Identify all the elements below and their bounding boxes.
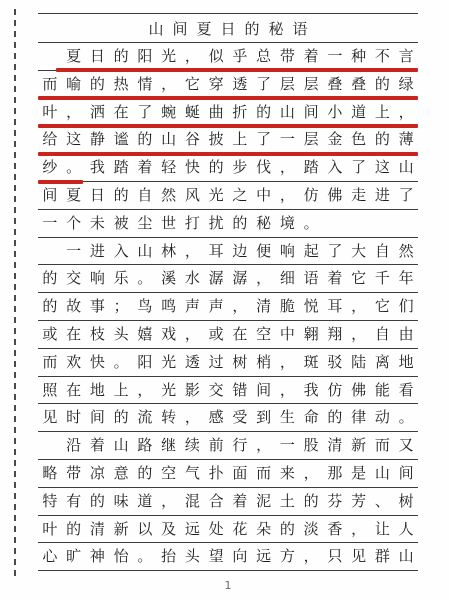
essay-line-1: 夏日的阳光，似乎总带着一种不言 [38, 43, 418, 71]
char-cell: 入 [323, 154, 347, 181]
char-cell: 过 [204, 349, 228, 376]
char-cell: 中 [252, 182, 276, 209]
char-cell: ， [276, 182, 300, 209]
char-cell: 层 [276, 71, 300, 98]
char-cell: ， [157, 71, 181, 98]
char-cell: 嬉 [133, 321, 157, 348]
char-cell: 之 [228, 182, 252, 209]
char-cell: ， [252, 432, 276, 459]
char-cell: 而 [371, 432, 395, 459]
char-cell: 带 [62, 460, 86, 487]
char-cell: 上 [109, 377, 133, 404]
char-cell: 踏 [109, 154, 133, 181]
char-cell: 被 [109, 210, 133, 237]
char-cell: 泥 [252, 488, 276, 515]
char-cell: 小 [323, 99, 347, 126]
char-cell: 间 [299, 99, 323, 126]
char-cell: 新 [109, 516, 133, 543]
char-cell: 上 [371, 99, 395, 126]
char-cell: 群 [371, 543, 395, 570]
char-cell: 的 [133, 126, 157, 153]
char-cell: 山 [157, 126, 181, 153]
char-cell: 绿 [394, 71, 418, 98]
char-cell: 向 [228, 543, 252, 570]
char-cell: 色 [347, 126, 371, 153]
char-cell: 空 [252, 321, 276, 348]
binding-margin-dashed-line [14, 9, 16, 577]
char-cell: 的 [371, 71, 395, 98]
char-cell: ， [181, 404, 205, 431]
char-cell: 的 [109, 182, 133, 209]
char-cell: 时 [62, 404, 86, 431]
char-cell: 尘 [133, 210, 157, 237]
char-cell: 乎 [228, 43, 252, 70]
char-cell: 日 [86, 43, 110, 70]
char-cell: 一 [276, 432, 300, 459]
char-cell: 间 [86, 404, 110, 431]
char-cell: 意 [109, 460, 133, 487]
char-cell: 或 [38, 321, 62, 348]
char-cell: ， [347, 321, 371, 348]
char-cell: 间 [394, 460, 418, 487]
char-cell: 光 [157, 349, 181, 376]
char-cell: 乐 [109, 265, 133, 292]
char-cell: 世 [157, 210, 181, 237]
char-cell: 轻 [157, 154, 181, 181]
char-cell: 着 [299, 43, 323, 70]
char-cell: ， [299, 543, 323, 570]
char-cell [371, 210, 395, 237]
char-cell: 神 [86, 543, 110, 570]
char-cell: 一 [38, 210, 62, 237]
char-cell: 而 [252, 460, 276, 487]
red-underline [38, 124, 418, 128]
essay-line-14: 见时间的流转，感受到生命的律动。 [38, 404, 418, 432]
char-cell: 头 [181, 543, 205, 570]
char-cell: 金 [323, 126, 347, 153]
char-cell: 光 [204, 182, 228, 209]
char-cell: 在 [109, 99, 133, 126]
char-cell: 方 [276, 543, 300, 570]
char-cell: 叶 [38, 99, 62, 126]
char-cell [394, 210, 418, 237]
char-cell: 照 [38, 377, 62, 404]
char-cell: 层 [299, 126, 323, 153]
char-cell: 响 [86, 265, 110, 292]
char-cell: 山 [109, 432, 133, 459]
char-cell: 了 [252, 71, 276, 98]
essay-line-4: 给这静谧的山谷披上了一层金色的薄 [38, 126, 418, 154]
char-cell: 、 [371, 488, 395, 515]
char-cell: ， [299, 460, 323, 487]
char-cell: ， [276, 377, 300, 404]
char-cell: 我 [299, 377, 323, 404]
char-cell: 又 [394, 432, 418, 459]
char-cell: 踏 [299, 154, 323, 181]
char-cell: 清 [252, 293, 276, 320]
char-cell: 风 [181, 182, 205, 209]
char-cell: 的 [252, 99, 276, 126]
char-cell: 了 [323, 238, 347, 265]
char-cell: 着 [86, 432, 110, 459]
char-cell: 似 [204, 43, 228, 70]
char-cell: 。 [394, 404, 418, 431]
char-cell: ， [276, 154, 300, 181]
char-cell: 叠 [323, 71, 347, 98]
char-cell: 动 [371, 404, 395, 431]
char-cell: 。 [109, 349, 133, 376]
red-underline [38, 96, 418, 100]
char-cell: 耳 [323, 293, 347, 320]
essay-line-13: 照在地上，光影交错间，我仿佛能看 [38, 377, 418, 405]
char-cell: 声 [204, 293, 228, 320]
essay-title: 山间夏日的秘语 [139, 18, 316, 39]
char-cell: 旷 [62, 543, 86, 570]
char-cell: 间 [38, 182, 62, 209]
char-cell: 了 [133, 99, 157, 126]
char-cell: 来 [276, 460, 300, 487]
char-cell: 戏 [157, 321, 181, 348]
char-cell: 看 [394, 377, 418, 404]
char-cell: 在 [62, 321, 86, 348]
char-cell: 清 [323, 432, 347, 459]
char-cell: 年 [394, 265, 418, 292]
char-cell: 道 [347, 99, 371, 126]
char-cell: 那 [323, 460, 347, 487]
char-cell: 山 [394, 154, 418, 181]
char-cell: 中 [276, 321, 300, 348]
char-cell: 然 [394, 238, 418, 265]
char-cell: 林 [157, 238, 181, 265]
char-cell: 能 [371, 377, 395, 404]
char-cell: 以 [133, 516, 157, 543]
char-cell: 见 [347, 543, 371, 570]
essay-line-16: 略带凉意的空气扑面而来，那是山间 [38, 460, 418, 488]
char-cell: 到 [252, 404, 276, 431]
char-cell: 只 [323, 543, 347, 570]
char-cell: 花 [228, 516, 252, 543]
char-cell: 气 [181, 460, 205, 487]
char-cell: 芬 [323, 488, 347, 515]
char-cell: 山 [276, 99, 300, 126]
char-cell: 走 [347, 182, 371, 209]
char-cell: 淡 [299, 516, 323, 543]
char-cell: 流 [133, 404, 157, 431]
char-cell: 日 [86, 182, 110, 209]
char-cell: 夏 [62, 43, 86, 70]
char-cell: 扰 [204, 210, 228, 237]
char-cell: 沿 [62, 432, 86, 459]
char-cell: 总 [252, 43, 276, 70]
char-cell: 而 [38, 71, 62, 98]
char-cell: 自 [371, 321, 395, 348]
char-cell: 光 [157, 43, 181, 70]
char-cell: ， [62, 99, 86, 126]
char-cell: 着 [228, 488, 252, 515]
char-cell: 未 [86, 210, 110, 237]
char-cell: 离 [371, 349, 395, 376]
char-cell: 的 [276, 516, 300, 543]
char-cell: 的 [86, 488, 110, 515]
char-cell: 在 [62, 377, 86, 404]
char-cell: 光 [157, 377, 181, 404]
essay-line-12: 而欢快。阳光透过树梢，斑驳陆离地 [38, 349, 418, 377]
char-cell: 山 [371, 460, 395, 487]
char-cell: 细 [276, 265, 300, 292]
char-cell: 交 [204, 377, 228, 404]
char-cell: 续 [181, 432, 205, 459]
char-cell: 的 [109, 43, 133, 70]
essay-grid: 山间夏日的秘语 夏日的阳光，似乎总带着一种不言而喻的热情，它穿透了层层叠叠的绿叶… [38, 13, 418, 571]
red-underline [56, 68, 418, 72]
char-cell: 。 [62, 154, 86, 181]
char-cell: 快 [181, 154, 205, 181]
char-cell: 略 [38, 460, 62, 487]
char-cell: 的 [109, 404, 133, 431]
essay-line-6: 间夏日的自然风光之中，仿佛走进了 [38, 182, 418, 210]
char-cell: 驳 [323, 349, 347, 376]
char-cell: 热 [109, 71, 133, 98]
char-cell: 它 [347, 265, 371, 292]
red-underline [38, 180, 83, 184]
char-cell: 行 [228, 432, 252, 459]
essay-line-3: 叶，洒在了蜿蜒曲折的山间小道上， [38, 99, 418, 127]
char-cell: 空 [157, 460, 181, 487]
char-cell: 薄 [394, 126, 418, 153]
char-cell: 抬 [157, 543, 181, 570]
char-cell: 纱 [38, 154, 62, 181]
char-cell: ， [252, 265, 276, 292]
char-cell: 远 [252, 543, 276, 570]
composition-sheet: 山间夏日的秘语 夏日的阳光，似乎总带着一种不言而喻的热情，它穿透了层层叠叠的绿叶… [0, 0, 449, 600]
char-cell: 一 [276, 126, 300, 153]
char-cell: 了 [347, 154, 371, 181]
char-cell: 人 [394, 516, 418, 543]
char-cell: 脆 [276, 293, 300, 320]
char-cell: 声 [181, 293, 205, 320]
char-cell: 土 [276, 488, 300, 515]
char-cell: 而 [38, 349, 62, 376]
essay-line-18: 叶的清新以及远处花朵的淡香，让人 [38, 516, 418, 544]
char-cell: 影 [181, 377, 205, 404]
char-cell: 悦 [299, 293, 323, 320]
char-cell: 个 [62, 210, 86, 237]
char-cell: 或 [204, 321, 228, 348]
char-cell: 山 [133, 238, 157, 265]
char-cell: ， [347, 293, 371, 320]
char-cell: 股 [299, 432, 323, 459]
char-cell [347, 210, 371, 237]
char-cell: 静 [86, 126, 110, 153]
char-cell: 混 [181, 488, 205, 515]
char-cell: 凉 [86, 460, 110, 487]
char-cell: 自 [371, 238, 395, 265]
char-cell: 谧 [109, 126, 133, 153]
char-cell: 。 [133, 543, 157, 570]
char-cell: 了 [252, 126, 276, 153]
red-underline [38, 152, 418, 156]
char-cell: 间 [252, 377, 276, 404]
char-cell: 的 [204, 154, 228, 181]
char-cell: 转 [157, 404, 181, 431]
char-cell: 着 [133, 154, 157, 181]
char-cell: 阳 [133, 43, 157, 70]
char-cell: 怡 [109, 543, 133, 570]
char-cell: 面 [228, 460, 252, 487]
char-cell: 的 [38, 293, 62, 320]
char-cell: 的 [62, 516, 86, 543]
char-cell: 在 [228, 321, 252, 348]
char-cell: ， [228, 293, 252, 320]
essay-line-19: 心旷神怡。抬头望向远方，只见群山 [38, 543, 418, 571]
char-cell: 扑 [204, 460, 228, 487]
char-cell: 见 [38, 404, 62, 431]
char-cell: 陆 [347, 349, 371, 376]
char-cell: 穿 [204, 71, 228, 98]
char-cell: 它 [181, 71, 205, 98]
char-cell [38, 432, 62, 459]
char-cell: 让 [371, 516, 395, 543]
char-cell: 洒 [86, 99, 110, 126]
char-cell: 打 [181, 210, 205, 237]
char-cell: 一 [62, 238, 86, 265]
char-cell: ， [157, 488, 181, 515]
char-cell: 命 [299, 404, 323, 431]
essay-line-2: 而喻的热情，它穿透了层层叠叠的绿 [38, 71, 418, 99]
char-cell: 千 [371, 265, 395, 292]
char-cell: ， [181, 321, 205, 348]
char-cell: 前 [204, 432, 228, 459]
char-cell: 我 [86, 154, 110, 181]
char-cell: 自 [133, 182, 157, 209]
char-cell: 喻 [62, 71, 86, 98]
char-cell: ， [347, 516, 371, 543]
char-cell: 的 [38, 265, 62, 292]
char-cell: 入 [109, 238, 133, 265]
char-cell: 有 [62, 488, 86, 515]
char-cell: 然 [157, 182, 181, 209]
char-cell: 境 [276, 210, 300, 237]
char-cell: 蜿 [157, 99, 181, 126]
char-cell: 耳 [204, 238, 228, 265]
char-cell: 及 [157, 516, 181, 543]
char-cell: 地 [394, 349, 418, 376]
char-cell: 不 [371, 43, 395, 70]
char-cell [323, 210, 347, 237]
char-cell: 折 [228, 99, 252, 126]
char-cell: 佛 [347, 377, 371, 404]
char-cell: 芳 [347, 488, 371, 515]
char-cell: 枝 [86, 321, 110, 348]
char-cell: 们 [394, 293, 418, 320]
char-cell: 了 [394, 182, 418, 209]
char-cell: 远 [181, 516, 205, 543]
char-cell: 言 [394, 43, 418, 70]
char-cell: 这 [371, 154, 395, 181]
char-cell: 夏 [62, 182, 86, 209]
char-cell: 欢 [62, 349, 86, 376]
char-cell: 新 [347, 432, 371, 459]
char-cell: 交 [62, 265, 86, 292]
char-cell: 朵 [252, 516, 276, 543]
char-cell: 错 [228, 377, 252, 404]
char-cell: 佛 [323, 182, 347, 209]
char-cell: 阳 [133, 349, 157, 376]
char-cell: 心 [38, 543, 62, 570]
char-cell [38, 238, 62, 265]
char-cell: 仿 [323, 377, 347, 404]
char-cell: 曲 [204, 99, 228, 126]
char-cell: 透 [181, 349, 205, 376]
char-cell: 谷 [181, 126, 205, 153]
char-cell: 头 [109, 321, 133, 348]
char-cell: 一 [323, 43, 347, 70]
char-cell: 披 [204, 126, 228, 153]
char-cell: 合 [204, 488, 228, 515]
char-cell: 伐 [252, 154, 276, 181]
char-cell: 山 [394, 543, 418, 570]
essay-line-11: 或在枝头嬉戏，或在空中翱翔，自由 [38, 321, 418, 349]
char-cell: 梢 [252, 349, 276, 376]
char-cell: 起 [299, 238, 323, 265]
char-cell: 进 [86, 238, 110, 265]
char-cell: ， [181, 43, 205, 70]
char-cell: 水 [181, 265, 205, 292]
title-row: 山间夏日的秘语 [38, 13, 418, 43]
char-cell: 叠 [347, 71, 371, 98]
char-cell: 味 [109, 488, 133, 515]
char-cell: 潺 [204, 265, 228, 292]
char-cell: 。 [299, 210, 323, 237]
char-cell: 树 [394, 488, 418, 515]
char-cell: 生 [276, 404, 300, 431]
char-cell: 受 [228, 404, 252, 431]
char-cell: 响 [276, 238, 300, 265]
char-cell: 进 [371, 182, 395, 209]
char-cell: 层 [299, 71, 323, 98]
char-cell: ， [133, 377, 157, 404]
essay-line-8: 一进入山林，耳边便响起了大自然 [38, 238, 418, 266]
char-cell: 事 [86, 293, 110, 320]
essay-line-7: 一个未被尘世打扰的秘境。 [38, 210, 418, 238]
essay-line-10: 的故事；鸟鸣声声，清脆悦耳，它们 [38, 293, 418, 321]
char-cell: 的 [86, 71, 110, 98]
char-cell: 。 [133, 265, 157, 292]
char-cell: 道 [133, 488, 157, 515]
char-cell: 鸣 [157, 293, 181, 320]
char-cell: ； [109, 293, 133, 320]
char-cell: 清 [86, 516, 110, 543]
char-cell: 步 [228, 154, 252, 181]
page-number: 1 [38, 579, 418, 592]
char-cell: 翔 [323, 321, 347, 348]
char-cell: 的 [371, 126, 395, 153]
char-cell: 感 [204, 404, 228, 431]
char-cell: ， [276, 349, 300, 376]
essay-line-9: 的交响乐。溪水潺潺，细语着它千年 [38, 265, 418, 293]
char-cell: 树 [228, 349, 252, 376]
char-cell: 给 [38, 126, 62, 153]
char-cell: 秘 [252, 210, 276, 237]
char-cell: 的 [323, 404, 347, 431]
char-cell: 继 [157, 432, 181, 459]
char-cell: 望 [204, 543, 228, 570]
char-cell: 鸟 [133, 293, 157, 320]
char-cell: 路 [133, 432, 157, 459]
char-cell: 快 [86, 349, 110, 376]
char-cell: 的 [299, 488, 323, 515]
char-cell: 着 [323, 265, 347, 292]
